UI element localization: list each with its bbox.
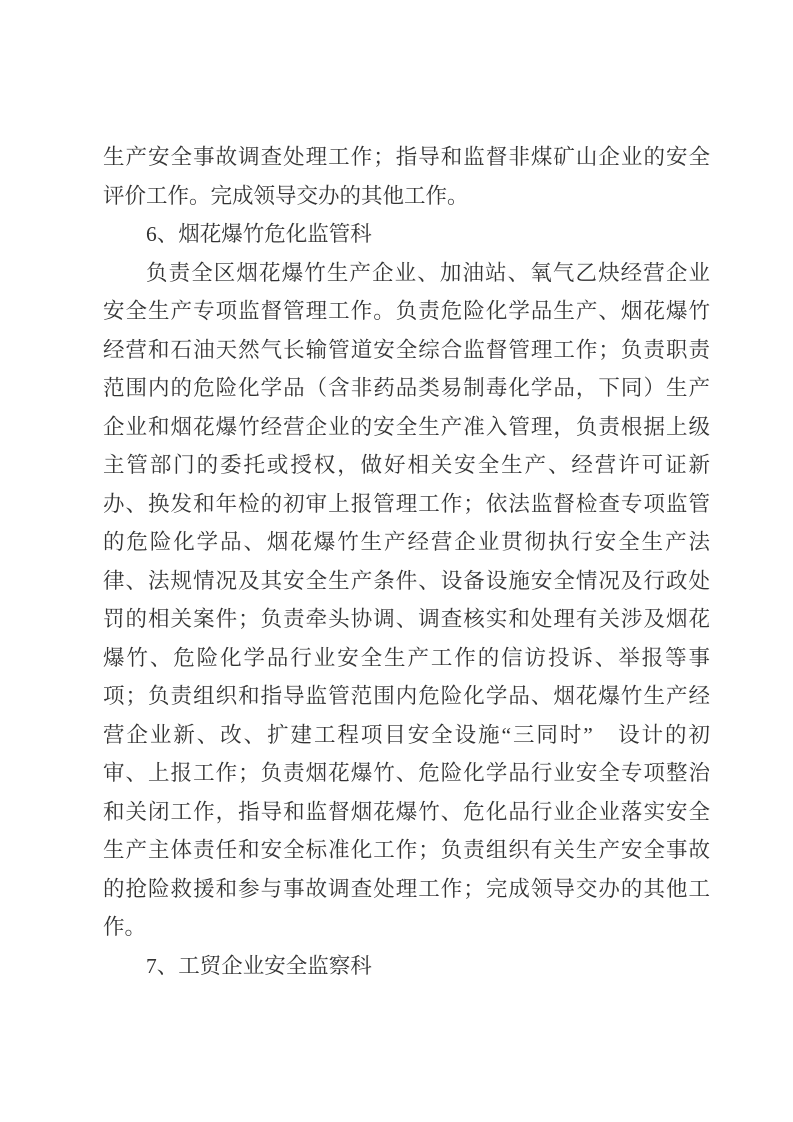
body-text-line: 作。 (103, 908, 710, 947)
body-text-line: 律、法规情况及其安全生产条件、设备设施安全情况及行政处 (103, 562, 710, 601)
body-text-line: 办、换发和年检的初审上报管理工作；依法监督检查专项监管 (103, 485, 710, 524)
body-text-line: 主管部门的委托或授权，做好相关安全生产、经营许可证新 (103, 446, 710, 485)
body-text-line: 生产安全事故调查处理工作；指导和监督非煤矿山企业的安全 (103, 138, 710, 177)
document-page: 生产安全事故调查处理工作；指导和监督非煤矿山企业的安全评价工作。完成领导交办的其… (0, 0, 793, 1122)
body-text-line: 营企业新、改、扩建工程项目安全设施“三同时” 设计的初 (103, 716, 710, 755)
body-text-line: 生产主体责任和安全标准化工作；负责组织有关生产安全事故 (103, 831, 710, 870)
body-text-line: 负责全区烟花爆竹生产企业、加油站、氧气乙炔经营企业 (103, 254, 710, 293)
section-heading: 6、烟花爆竹危化监管科 (103, 215, 710, 254)
body-text-line: 爆竹、危险化学品行业安全生产工作的信访投诉、举报等事 (103, 639, 710, 678)
body-text-line: 经营和石油天然气长输管道安全综合监督管理工作；负责职责 (103, 331, 710, 370)
body-text-line: 的危险化学品、烟花爆竹生产经营企业贯彻执行安全生产法 (103, 523, 710, 562)
body-text-line: 范围内的危险化学品（含非药品类易制毒化学品，下同）生产 (103, 369, 710, 408)
body-text-line: 罚的相关案件；负责牵头协调、调查核实和处理有关涉及烟花 (103, 600, 710, 639)
section-heading: 7、工贸企业安全监察科 (103, 947, 710, 986)
body-text-line: 和关闭工作，指导和监督烟花爆竹、危化品行业企业落实安全 (103, 793, 710, 832)
body-text-line: 安全生产专项监督管理工作。负责危险化学品生产、烟花爆竹 (103, 292, 710, 331)
text-block: 生产安全事故调查处理工作；指导和监督非煤矿山企业的安全评价工作。完成领导交办的其… (103, 138, 710, 985)
body-text-line: 评价工作。完成领导交办的其他工作。 (103, 177, 710, 216)
body-text-line: 企业和烟花爆竹经营企业的安全生产准入管理，负责根据上级 (103, 408, 710, 447)
body-text-line: 项；负责组织和指导监管范围内危险化学品、烟花爆竹生产经 (103, 677, 710, 716)
body-text-line: 审、上报工作；负责烟花爆竹、危险化学品行业安全专项整治 (103, 754, 710, 793)
body-text-line: 的抢险救援和参与事故调查处理工作；完成领导交办的其他工 (103, 870, 710, 909)
